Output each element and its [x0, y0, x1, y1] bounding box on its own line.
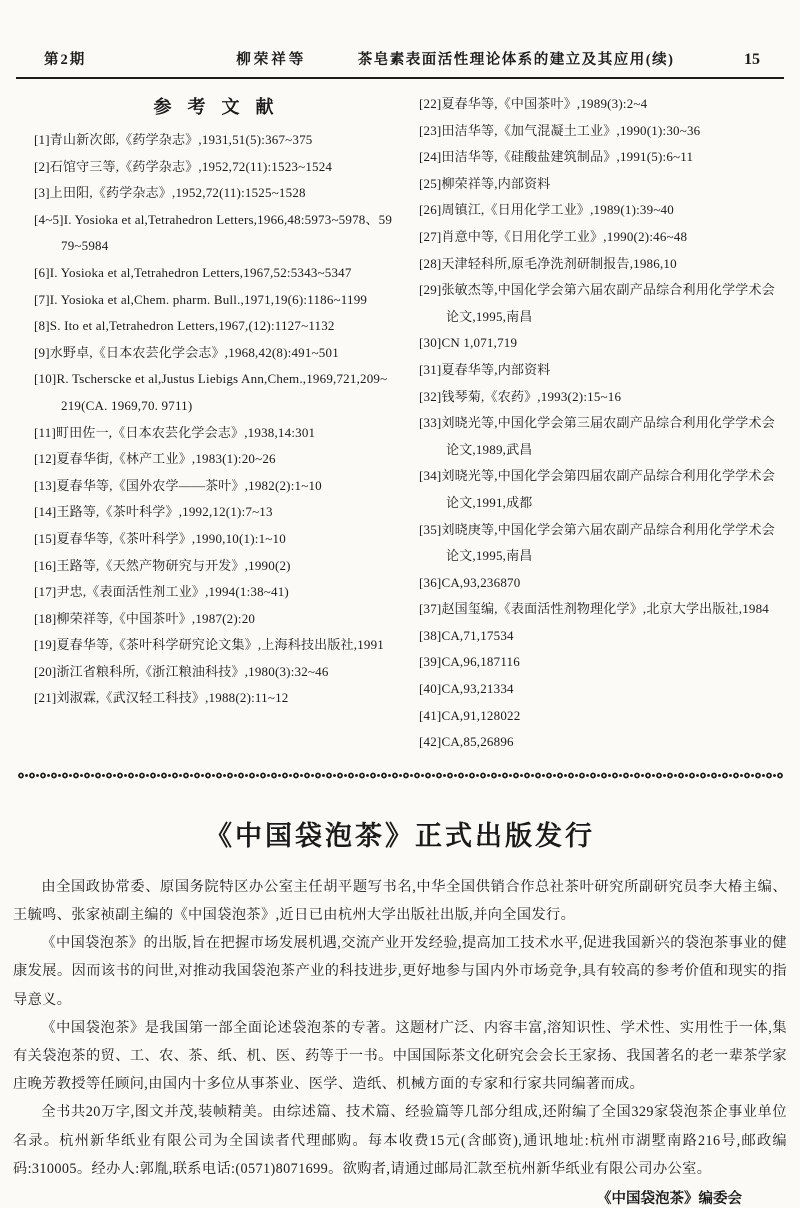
reference-item: [33]刘晓光等,中国化学会第三届农副产品综合利用化学学术会论文,1989,武昌 — [419, 410, 778, 463]
reference-item: [36]CA,93,236870 — [419, 570, 778, 597]
references-left-column: 参考文献 [1]青山新次郎,《药学杂志》,1931,51(5):367~375[… — [34, 91, 393, 756]
reference-item: [39]CA,96,187116 — [419, 649, 778, 676]
reference-item: [15]夏春华等,《茶叶科学》,1990,10(1):1~10 — [34, 526, 393, 553]
reference-item: [25]柳荣祥等,内部资料 — [419, 171, 778, 198]
reference-item: [20]浙江省粮科所,《浙江粮油科技》,1980(3):32~46 — [34, 659, 393, 686]
announcement-paragraph: 由全国政协常委、原国务院特区办公室主任胡平题写书名,中华全国供销合作总社茶叶研究… — [13, 873, 787, 929]
reference-item: [10]R. Tscherscke et al,Justus Liebigs A… — [34, 366, 393, 419]
reference-item: [14]王路等,《茶叶科学》,1992,12(1):7~13 — [34, 499, 393, 526]
reference-item: [34]刘晓光等,中国化学会第四届农副产品综合利用化学学术会论文,1991,成都 — [419, 463, 778, 516]
reference-item: [27]肖意中等,《日用化学工业》,1990(2):46~48 — [419, 224, 778, 251]
issue-number: 第2期 — [44, 48, 86, 69]
references-right-list: [22]夏春华等,《中国茶叶》,1989(3):2~4[23]田洁华等,《加气混… — [419, 91, 778, 756]
references-section: 参考文献 [1]青山新次郎,《药学杂志》,1931,51(5):367~375[… — [0, 79, 800, 756]
journal-page: 第2期 柳荣祥等 茶皂素表面活性理论体系的建立及其应用(续) 15 参考文献 [… — [0, 0, 800, 1208]
reference-item: [37]赵国玺编,《表面活性剂物理化学》,北京大学出版社,1984 — [419, 596, 778, 623]
reference-item: [11]町田佐一,《日本农芸化学会志》,1938,14:301 — [34, 420, 393, 447]
reference-item: [40]CA,93,21334 — [419, 676, 778, 703]
reference-item: [41]CA,91,128022 — [419, 703, 778, 730]
reference-item: [4~5]I. Yosioka et al,Tetrahedron Letter… — [34, 207, 393, 260]
reference-item: [28]天津轻科所,原毛净洗剂研制报告,1986,10 — [419, 251, 778, 278]
references-heading: 参考文献 — [34, 93, 393, 119]
reference-item: [31]夏春华等,内部资料 — [419, 357, 778, 384]
references-right-column: [22]夏春华等,《中国茶叶》,1989(3):2~4[23]田洁华等,《加气混… — [419, 91, 778, 756]
reference-item: [18]柳荣祥等,《中国茶叶》,1987(2):20 — [34, 606, 393, 633]
announcement-title: 《中国袋泡茶》正式出版发行 — [0, 814, 800, 853]
reference-item: [22]夏春华等,《中国茶叶》,1989(3):2~4 — [419, 91, 778, 118]
reference-item: [17]尹忠,《表面活性剂工业》,1994(1:38~41) — [34, 579, 393, 606]
reference-item: [3]上田阳,《药学杂志》,1952,72(11):1525~1528 — [34, 180, 393, 207]
reference-item: [21]刘淑霖,《武汉轻工科技》,1988(2):11~12 — [34, 685, 393, 712]
running-authors: 柳荣祥等 — [236, 48, 306, 69]
reference-item: [24]田洁华等,《硅酸盐建筑制品》,1991(5):6~11 — [419, 144, 778, 171]
running-article-title: 茶皂素表面活性理论体系的建立及其应用(续) — [306, 48, 726, 69]
running-header: 第2期 柳荣祥等 茶皂素表面活性理论体系的建立及其应用(续) 15 — [0, 48, 800, 69]
reference-item: [1]青山新次郎,《药学杂志》,1931,51(5):367~375 — [34, 127, 393, 154]
announcement-paragraph: 《中国袋泡茶》是我国第一部全面论述袋泡茶的专著。这题材广泛、内容丰富,溶知识性、… — [13, 1014, 787, 1099]
reference-item: [2]石馆守三等,《药学杂志》,1952,72(11):1523~1524 — [34, 154, 393, 181]
reference-item: [9]水野卓,《日本农芸化学会志》,1968,42(8):491~501 — [34, 340, 393, 367]
reference-item: [19]夏春华等,《茶叶科学研究论文集》,上海科技出版社,1991 — [34, 632, 393, 659]
reference-item: [8]S. Ito et al,Tetrahedron Letters,1967… — [34, 313, 393, 340]
reference-item: [26]周镇江,《日用化学工业》,1989(1):39~40 — [419, 197, 778, 224]
reference-item: [42]CA,85,26896 — [419, 729, 778, 756]
announcement-paragraph: 《中国袋泡茶》的出版,旨在把握市场发展机遇,交流产业开发经验,提高加工技术水平,… — [13, 929, 787, 1014]
reference-item: [16]王路等,《天然产物研究与开发》,1990(2) — [34, 553, 393, 580]
reference-item: [7]I. Yosioka et al,Chem. pharm. Bull.,1… — [34, 287, 393, 314]
page-number: 15 — [744, 51, 760, 69]
reference-item: [32]钱琴菊,《农药》,1993(2):15~16 — [419, 384, 778, 411]
announcement-paragraph: 全书共20万字,图文并茂,装帧精美。由综述篇、技术篇、经验篇等几部分组成,还附编… — [13, 1098, 787, 1183]
reference-item: [35]刘晓庚等,中国化学会第六届农副产品综合利用化学学术会论文,1995,南昌 — [419, 517, 778, 570]
reference-item: [38]CA,71,17534 — [419, 623, 778, 650]
announcement-body: 由全国政协常委、原国务院特区办公室主任胡平题写书名,中华全国供销合作总社茶叶研究… — [0, 873, 800, 1183]
reference-item: [13]夏春华等,《国外农学——茶叶》,1982(2):1~10 — [34, 473, 393, 500]
reference-item: [12]夏春华街,《林产工业》,1983(1):20~26 — [34, 446, 393, 473]
reference-item: [6]I. Yosioka et al,Tetrahedron Letters,… — [34, 260, 393, 287]
references-left-list: [1]青山新次郎,《药学杂志》,1931,51(5):367~375[2]石馆守… — [34, 127, 393, 712]
decorative-chain-divider — [17, 771, 783, 780]
reference-item: [29]张敏杰等,中国化学会第六届农副产品综合利用化学学术会论文,1995,南昌 — [419, 277, 778, 330]
reference-item: [30]CN 1,071,719 — [419, 330, 778, 357]
announcement-signature: 《中国袋泡茶》编委会 — [0, 1185, 800, 1208]
reference-item: [23]田洁华等,《加气混凝土工业》,1990(1):30~36 — [419, 118, 778, 145]
